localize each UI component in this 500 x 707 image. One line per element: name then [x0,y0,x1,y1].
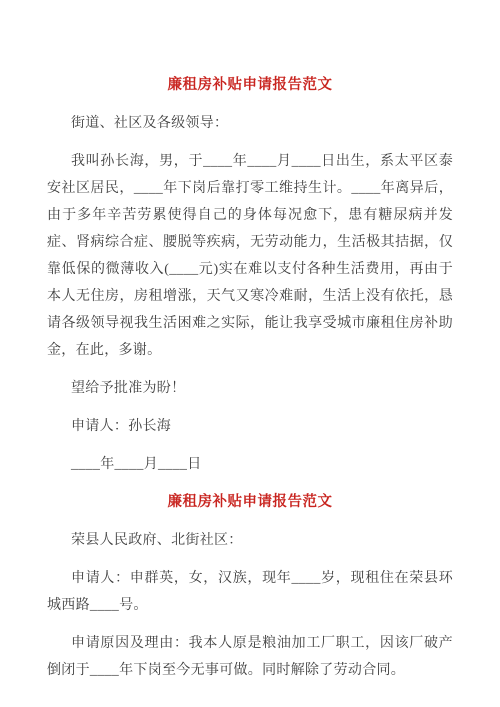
document-title-1: 廉租房补贴申请报告范文 [47,72,453,99]
closing-line: 望给予批准为盼！ [47,375,453,402]
document-page: 廉租房补贴申请报告范文 街道、社区及各级领导： 我叫孙长海，男，于____年__… [0,0,500,707]
reason-paragraph: 申请原因及理由：我本人原是粮油加工厂职工，因该厂破产倒闭于____年下岗至今无事… [47,630,453,684]
body-paragraph-1: 我叫孙长海，男，于____年____月____日出生，系太平区泰安社区居民，__… [47,148,453,364]
applicant-info-paragraph: 申请人：申群英，女，汉族，现年____岁，现租住在荣县环城西路____号。 [47,565,453,619]
date-line: ____年____月____日 [47,451,453,478]
document-title-2: 廉租房补贴申请报告范文 [47,489,453,516]
applicant-line-1: 申请人：孙长海 [47,413,453,440]
salutation-1: 街道、社区及各级领导： [47,110,453,137]
salutation-2: 荣县人民政府、北街社区： [47,527,453,554]
